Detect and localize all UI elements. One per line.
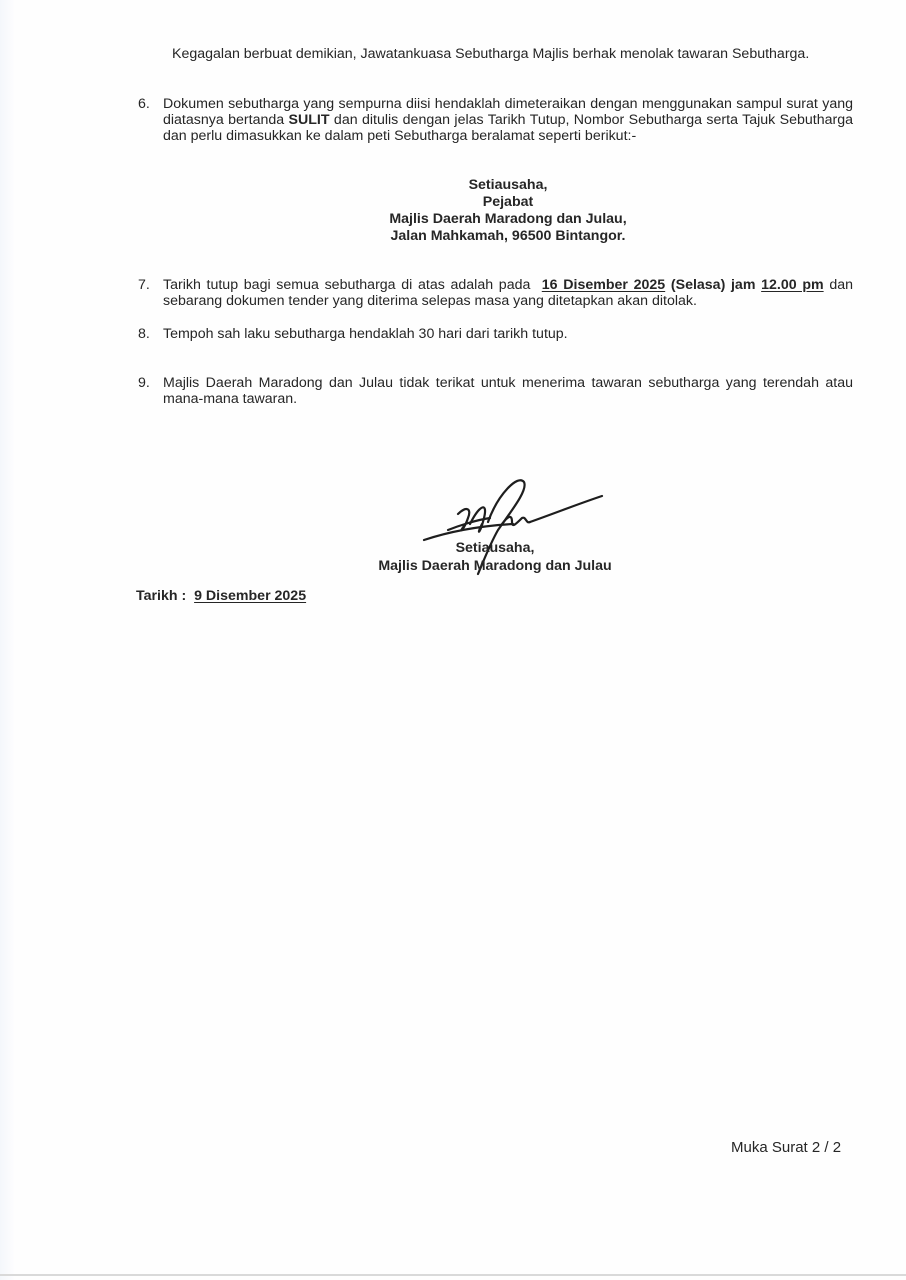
closing-time: 12.00 pm — [761, 277, 823, 293]
closing-date: 16 Disember 2025 — [542, 277, 665, 293]
document-page: Kegagalan berbuat demikian, Jawatankuasa… — [0, 0, 906, 1280]
signatory-block: Setiausaha, Majlis Daerah Maradong dan J… — [340, 539, 650, 575]
signatory-title: Setiausaha, — [340, 539, 650, 557]
item-7-text: Tarikh tutup bagi semua sebutharga di at… — [163, 277, 853, 309]
item-8-number: 8. — [138, 326, 150, 342]
scan-edge — [0, 0, 14, 1280]
page-bottom-edge — [0, 1274, 906, 1276]
date-label: Tarikh : — [136, 588, 186, 604]
date-value: 9 Disember 2025 — [194, 588, 306, 604]
item-8-text: Tempoh sah laku sebutharga hendaklah 30 … — [163, 326, 568, 342]
address-line: Majlis Daerah Maradong dan Julau, — [300, 211, 716, 228]
intro-line: Kegagalan berbuat demikian, Jawatankuasa… — [172, 46, 809, 62]
item-9-number: 9. — [138, 375, 150, 391]
page-number: Muka Surat 2 / 2 — [731, 1140, 841, 1156]
item-7-number: 7. — [138, 277, 150, 293]
item-7-text-part: Tarikh tutup bagi semua sebutharga di at… — [163, 277, 536, 293]
closing-day: (Selasa) jam — [665, 277, 761, 293]
sulit-label: SULIT — [289, 112, 330, 128]
date-line: Tarikh : 9 Disember 2025 — [136, 588, 306, 604]
item-9-text: Majlis Daerah Maradong dan Julau tidak t… — [163, 375, 853, 407]
address-line: Jalan Mahkamah, 96500 Bintangor. — [300, 228, 716, 245]
address-line: Pejabat — [300, 194, 716, 211]
item-6-text: Dokumen sebutharga yang sempurna diisi h… — [163, 96, 853, 144]
signatory-organisation: Majlis Daerah Maradong dan Julau — [340, 557, 650, 575]
item-6-number: 6. — [138, 96, 150, 112]
address-line: Setiausaha, — [300, 177, 716, 194]
address-block: Setiausaha, Pejabat Majlis Daerah Marado… — [300, 177, 716, 245]
